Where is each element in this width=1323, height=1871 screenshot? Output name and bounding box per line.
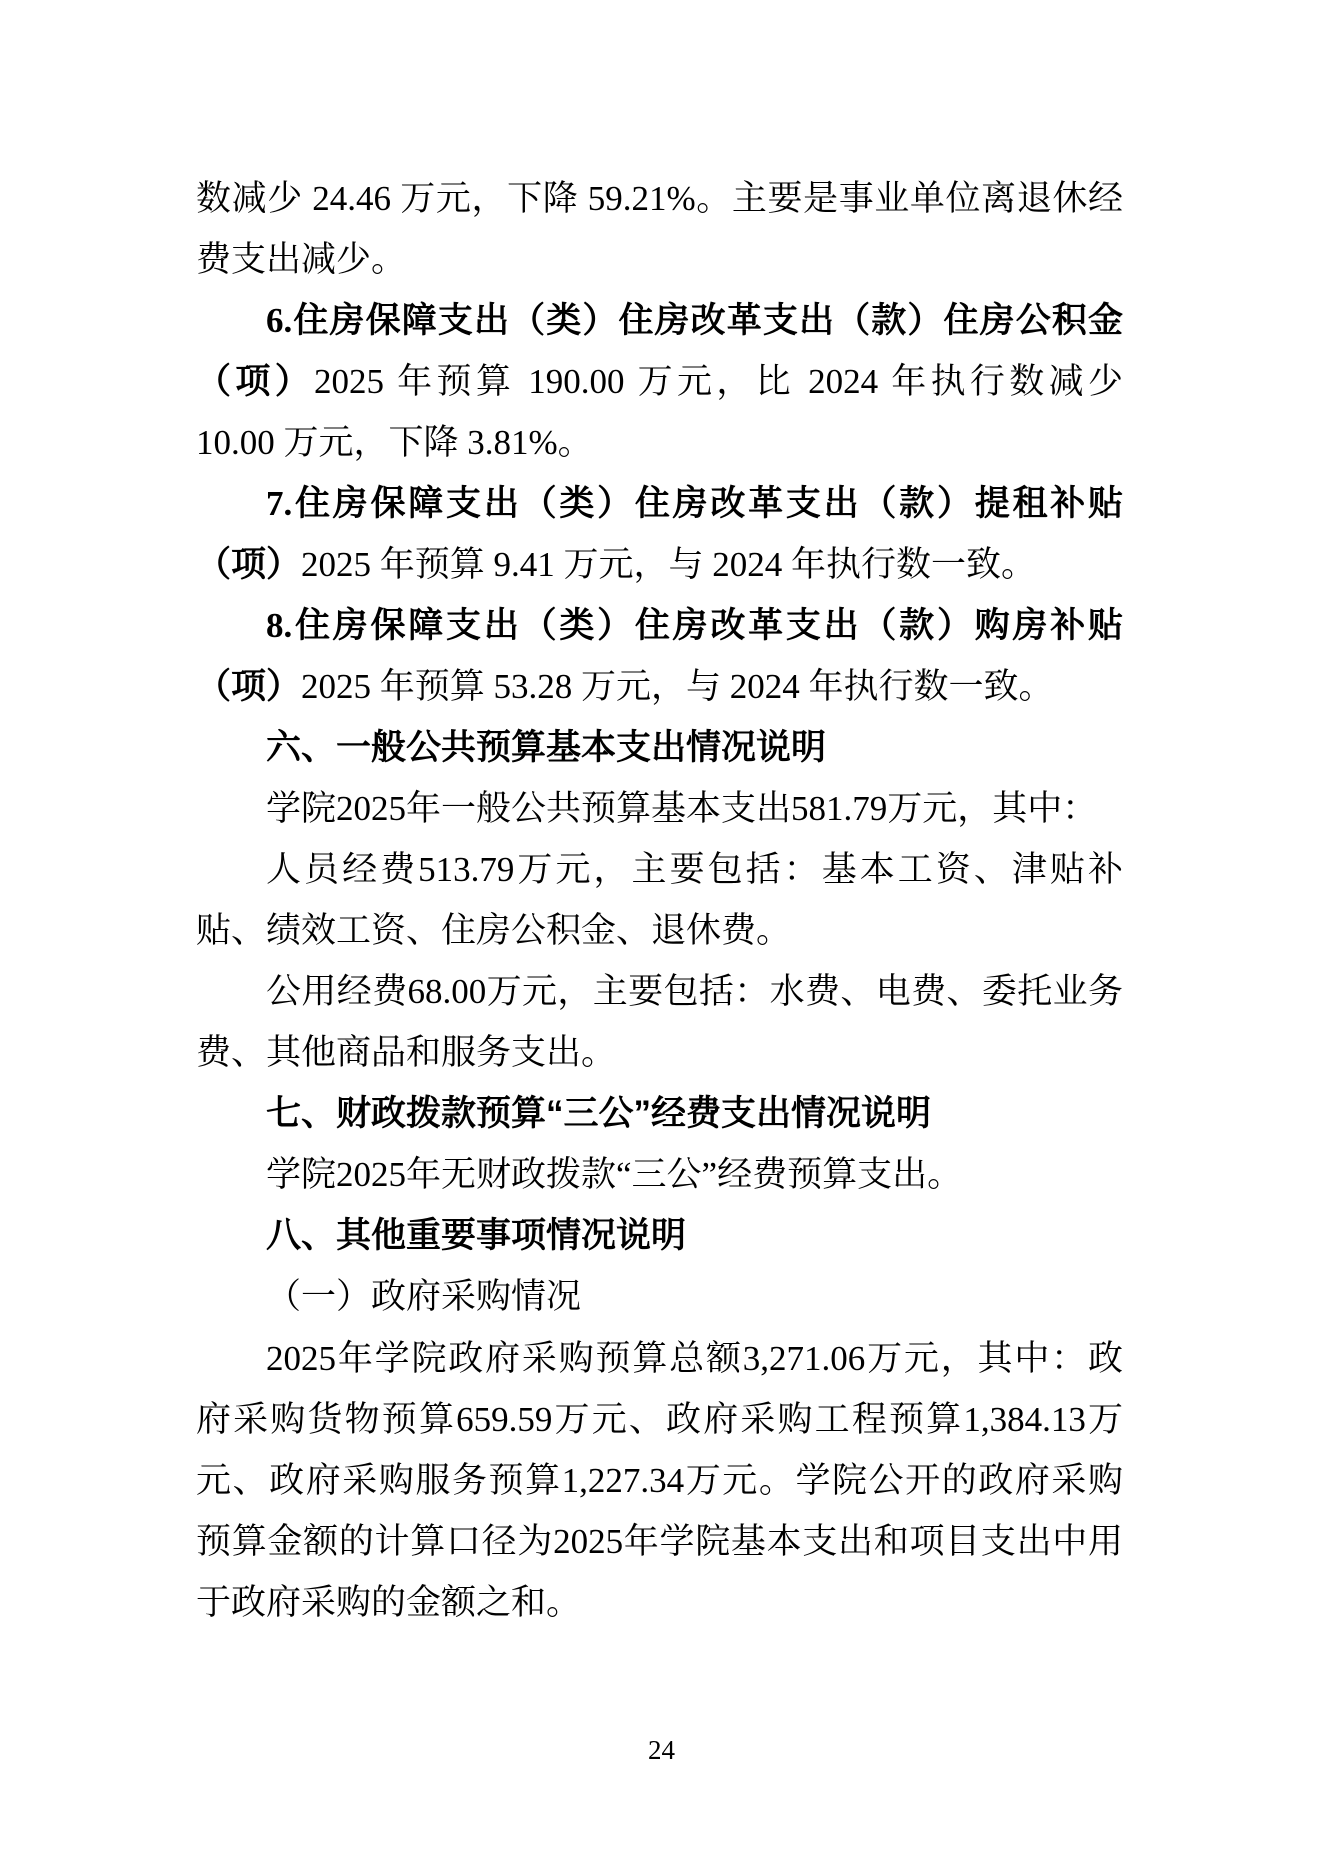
- paragraph-personnel-expense: 人员经费513.79万元，主要包括：基本工资、津贴补贴、绩效工资、住房公积金、退…: [196, 839, 1123, 961]
- text-run: 人员经费513.79万元，主要包括：基本工资、津贴补贴、绩效工资、住房公积金、退…: [196, 850, 1123, 950]
- heading-section-6-basic-expenditure: 六、一般公共预算基本支出情况说明: [196, 717, 1123, 778]
- section-heading-run: 七、财政拨款预算“三公”经费支出情况说明: [266, 1094, 931, 1133]
- paragraph-item-6-housing-fund: 6.住房保障支出（类）住房改革支出（款）住房公积金（项）2025 年预算 190…: [196, 290, 1123, 473]
- subheading-run: （一）政府采购情况: [266, 1277, 581, 1317]
- paragraph-continuation: 数减少 24.46 万元，下降 59.21%。主要是事业单位离退休经费支出减少。: [196, 168, 1123, 290]
- text-run: 学院2025年一般公共预算基本支出581.79万元，其中：: [266, 789, 1097, 828]
- section-heading-run: 六、一般公共预算基本支出情况说明: [266, 728, 826, 767]
- section-heading-run: 八、其他重要事项情况说明: [266, 1216, 686, 1255]
- paragraph-three-public-funds: 学院2025年无财政拨款“三公”经费预算支出。: [196, 1144, 1123, 1205]
- text-run: 2025年学院政府采购预算总额3,271.06万元，其中：政府采购货物预算659…: [196, 1339, 1123, 1622]
- paragraph-government-procurement-detail: 2025年学院政府采购预算总额3,271.06万元，其中：政府采购货物预算659…: [196, 1328, 1123, 1633]
- heading-section-8-other-matters: 八、其他重要事项情况说明: [196, 1205, 1123, 1266]
- paragraph-public-expense: 公用经费68.00万元，主要包括：水费、电费、委托业务费、其他商品和服务支出。: [196, 961, 1123, 1083]
- heading-section-7-three-public-funds: 七、财政拨款预算“三公”经费支出情况说明: [196, 1083, 1123, 1144]
- page-number: 24: [0, 1734, 1323, 1766]
- text-run: 2025 年预算 190.00 万元，比 2024 年执行数减少 10.00 万…: [196, 362, 1123, 462]
- subheading-government-procurement: （一）政府采购情况: [196, 1266, 1123, 1328]
- text-run: 2025 年预算 9.41 万元，与 2024 年执行数一致。: [301, 545, 1036, 584]
- text-run: 学院2025年无财政拨款“三公”经费预算支出。: [266, 1155, 962, 1194]
- paragraph-item-7-rent-subsidy: 7.住房保障支出（类）住房改革支出（款）提租补贴（项）2025 年预算 9.41…: [196, 473, 1123, 595]
- paragraph-item-8-housing-subsidy: 8.住房保障支出（类）住房改革支出（款）购房补贴（项）2025 年预算 53.2…: [196, 595, 1123, 717]
- text-run: 数减少 24.46 万元，下降 59.21%。主要是事业单位离退休经费支出减少。: [196, 179, 1123, 279]
- paragraph-basic-expenditure-total: 学院2025年一般公共预算基本支出581.79万元，其中：: [196, 778, 1123, 839]
- text-run: 2025 年预算 53.28 万元，与 2024 年执行数一致。: [301, 667, 1054, 706]
- text-run: 公用经费68.00万元，主要包括：水费、电费、委托业务费、其他商品和服务支出。: [196, 972, 1123, 1072]
- document-page: 数减少 24.46 万元，下降 59.21%。主要是事业单位离退休经费支出减少。…: [0, 0, 1323, 1871]
